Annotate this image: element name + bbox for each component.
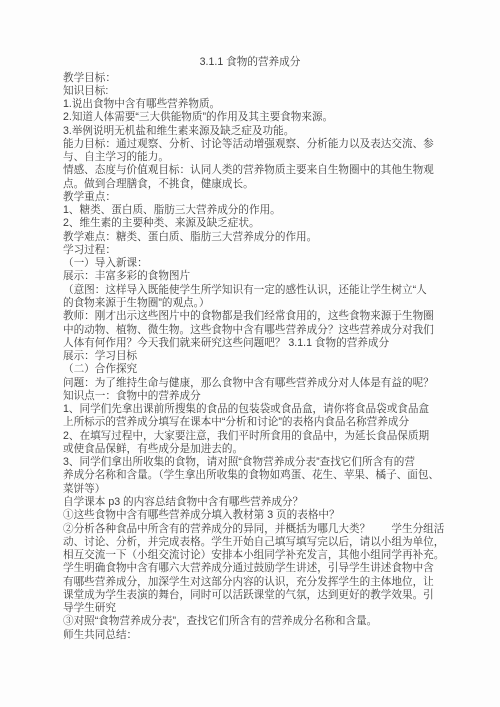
text-line: 人体有何作用？今天我们就来研究这些问题吧？ 3.1.1 食物的营养成分: [63, 337, 443, 350]
text-line: ①这些食物中含有哪些营养成分填入教材第 3 页的表格中？: [63, 509, 443, 522]
text-line: 展示：学习目标: [63, 350, 443, 363]
text-line: 3、同学们拿出所收集的食物，请对照“食物营养成分表”查找它们所含有的营: [63, 456, 443, 469]
text-line: 自学课本 p3 的内容总结食物中含有哪些营养成分？: [63, 496, 443, 509]
text-line: 知识点一：食物中的营养成分: [63, 390, 443, 403]
text-line: （一）导入新课：: [63, 257, 443, 270]
text-line: 上所标示的营养成分填写在课本中“分析和讨论”的表格内食品名称营养成分: [63, 416, 443, 429]
text-line: 能力目标：通过观察、分析、讨论等活动增强观察、分析能力以及表达交流、参: [63, 138, 443, 151]
text-line: 1、同学们先拿出课前所搜集的食品的包装袋或食品盒，请你将食品袋或食品盒: [63, 403, 443, 416]
text-line: 问题：为了维持生命与健康，那么食物中含有哪些营养成分对人体是有益的呢？: [63, 377, 443, 390]
text-line: 知识目标:: [63, 85, 443, 98]
document-page: 3.1.1 食物的营养成分 教学目标：知识目标:1.说出食物中含有哪些营养物质。…: [0, 0, 500, 707]
text-line: 学习过程：: [63, 244, 443, 257]
text-line: 3.举例说明无机盐和维生素来源及缺乏症及功能。: [63, 125, 443, 138]
text-line: 教学难点：糖类、蛋白质、脂肪三大营养成分的作用。: [63, 231, 443, 244]
text-line: 课堂成为学生表演的舞台，同时可以活跃课堂的气氛，达到更好的教学效果。引: [63, 589, 443, 602]
text-line: ②分析各种食品中所含有的营养成分的异同，并概括为哪几大类？ 学生分组活: [63, 523, 443, 536]
text-line: ③对照“食物营养成分表”，查找它们所含有的营养成分名称和含量。: [63, 615, 443, 628]
text-line: 的食物来源于生物圈”的观点。）: [63, 297, 443, 310]
text-line: 动、讨论、分析，并完成表格。学生开始自己填写填写完以后，请以小组为单位，: [63, 536, 443, 549]
text-line: 师生共同总结：: [63, 629, 443, 642]
text-line: 菜饼等）: [63, 483, 443, 496]
text-line: 点。做到合理膳食，不挑食，健康成长。: [63, 178, 443, 191]
document-title: 3.1.1 食物的营养成分: [0, 56, 500, 69]
text-line: 学生明确食物中含有哪六大营养成分通过鼓励学生讲述，引导学生讲述食物中含: [63, 562, 443, 575]
text-line: 有哪些营养成分，加深学生对这部分内容的认识，充分发挥学生的主体地位，让: [63, 576, 443, 589]
text-line: （二）合作探究: [63, 363, 443, 376]
text-line: 教学重点：: [63, 191, 443, 204]
text-line: 2.知道人体需要“三大供能物质”的作用及其主要食物来源。: [63, 111, 443, 124]
text-line: 与、自主学习的能力。: [63, 151, 443, 164]
text-line: 展示：丰富多彩的食物图片: [63, 270, 443, 283]
text-line: 或使食品保鲜，有些成分是加进去的。: [63, 443, 443, 456]
text-line: 导学生研究: [63, 602, 443, 615]
text-line: 1.说出食物中含有哪些营养物质。: [63, 98, 443, 111]
text-line: 中的动物、植物、微生物。这些食物中含有哪些营养成分？这些营养成分对我们: [63, 324, 443, 337]
text-line: 教师：刚才出示这些图片中的食物都是我们经常食用的，这些食物来源于生物圈: [63, 310, 443, 323]
text-line: 2、维生素的主要种类、来源及缺乏症状。: [63, 217, 443, 230]
text-line: （意图：这样导入既能使学生所学知识有一定的感性认识，还能让学生树立“人: [63, 284, 443, 297]
text-line: 1、糖类、蛋白质、脂肪三大营养成分的作用。: [63, 204, 443, 217]
text-line: 情感、态度与价值观目标：认同人类的营养物质主要来自生物圈中的其他生物观: [63, 164, 443, 177]
text-line: 相互交流一下（小组交流讨论）安排本小组同学补充发言，其他小组同学再补充。: [63, 549, 443, 562]
text-line: 养成分名称和含量。（学生拿出所收集的食物如鸡蛋、花生、苹果、橘子、面包、: [63, 469, 443, 482]
text-line: 2、在填写过程中，大家要注意，我们平时所食用的食品中，为延长食品保质期: [63, 430, 443, 443]
document-body: 教学目标：知识目标:1.说出食物中含有哪些营养物质。2.知道人体需要“三大供能物…: [63, 72, 443, 642]
text-line: 教学目标：: [63, 72, 443, 85]
